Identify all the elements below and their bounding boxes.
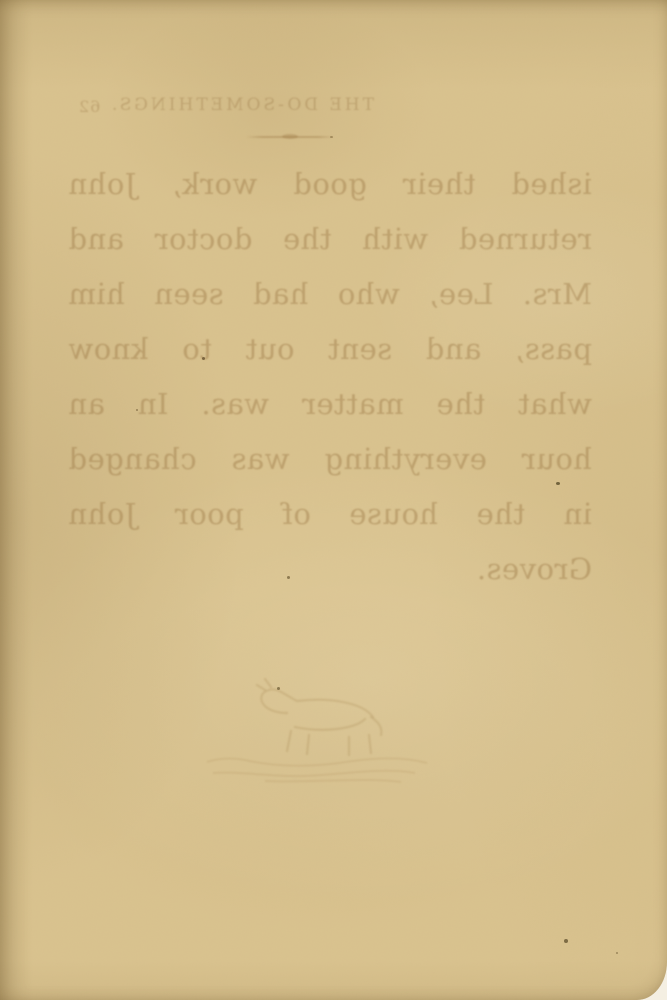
section-ornament-rule <box>246 134 334 139</box>
text-line: ished their good work, John <box>68 157 592 212</box>
body-text: ished their good work, John returned wit… <box>68 157 592 597</box>
show-through-layer: THE DO-SOMETHINGS. 62 ished their good w… <box>0 0 667 1000</box>
scanned-book-page: THE DO-SOMETHINGS. 62 ished their good w… <box>0 0 667 1000</box>
running-head: THE DO-SOMETHINGS. 62 <box>68 95 592 119</box>
show-through-text-block: THE DO-SOMETHINGS. 62 ished their good w… <box>68 95 592 119</box>
animal-engraving-illustration <box>200 655 435 790</box>
text-line: in the house of poor John <box>68 487 592 542</box>
text-line: Groves. <box>68 542 592 597</box>
text-line: hour everything was changed <box>68 432 592 487</box>
paper-sheet: THE DO-SOMETHINGS. 62 ished their good w… <box>0 0 667 1000</box>
text-line: returned with the doctor and <box>68 212 592 267</box>
text-line: what the matter was. In an <box>68 377 592 432</box>
running-head-title: THE DO-SOMETHINGS. <box>109 95 374 115</box>
text-line: Mrs. Lee, who had seen him <box>68 267 592 322</box>
ornament-center-boss <box>282 134 298 139</box>
text-line: pass, and sent out to know <box>68 322 592 377</box>
page-number: 62 <box>78 97 100 116</box>
